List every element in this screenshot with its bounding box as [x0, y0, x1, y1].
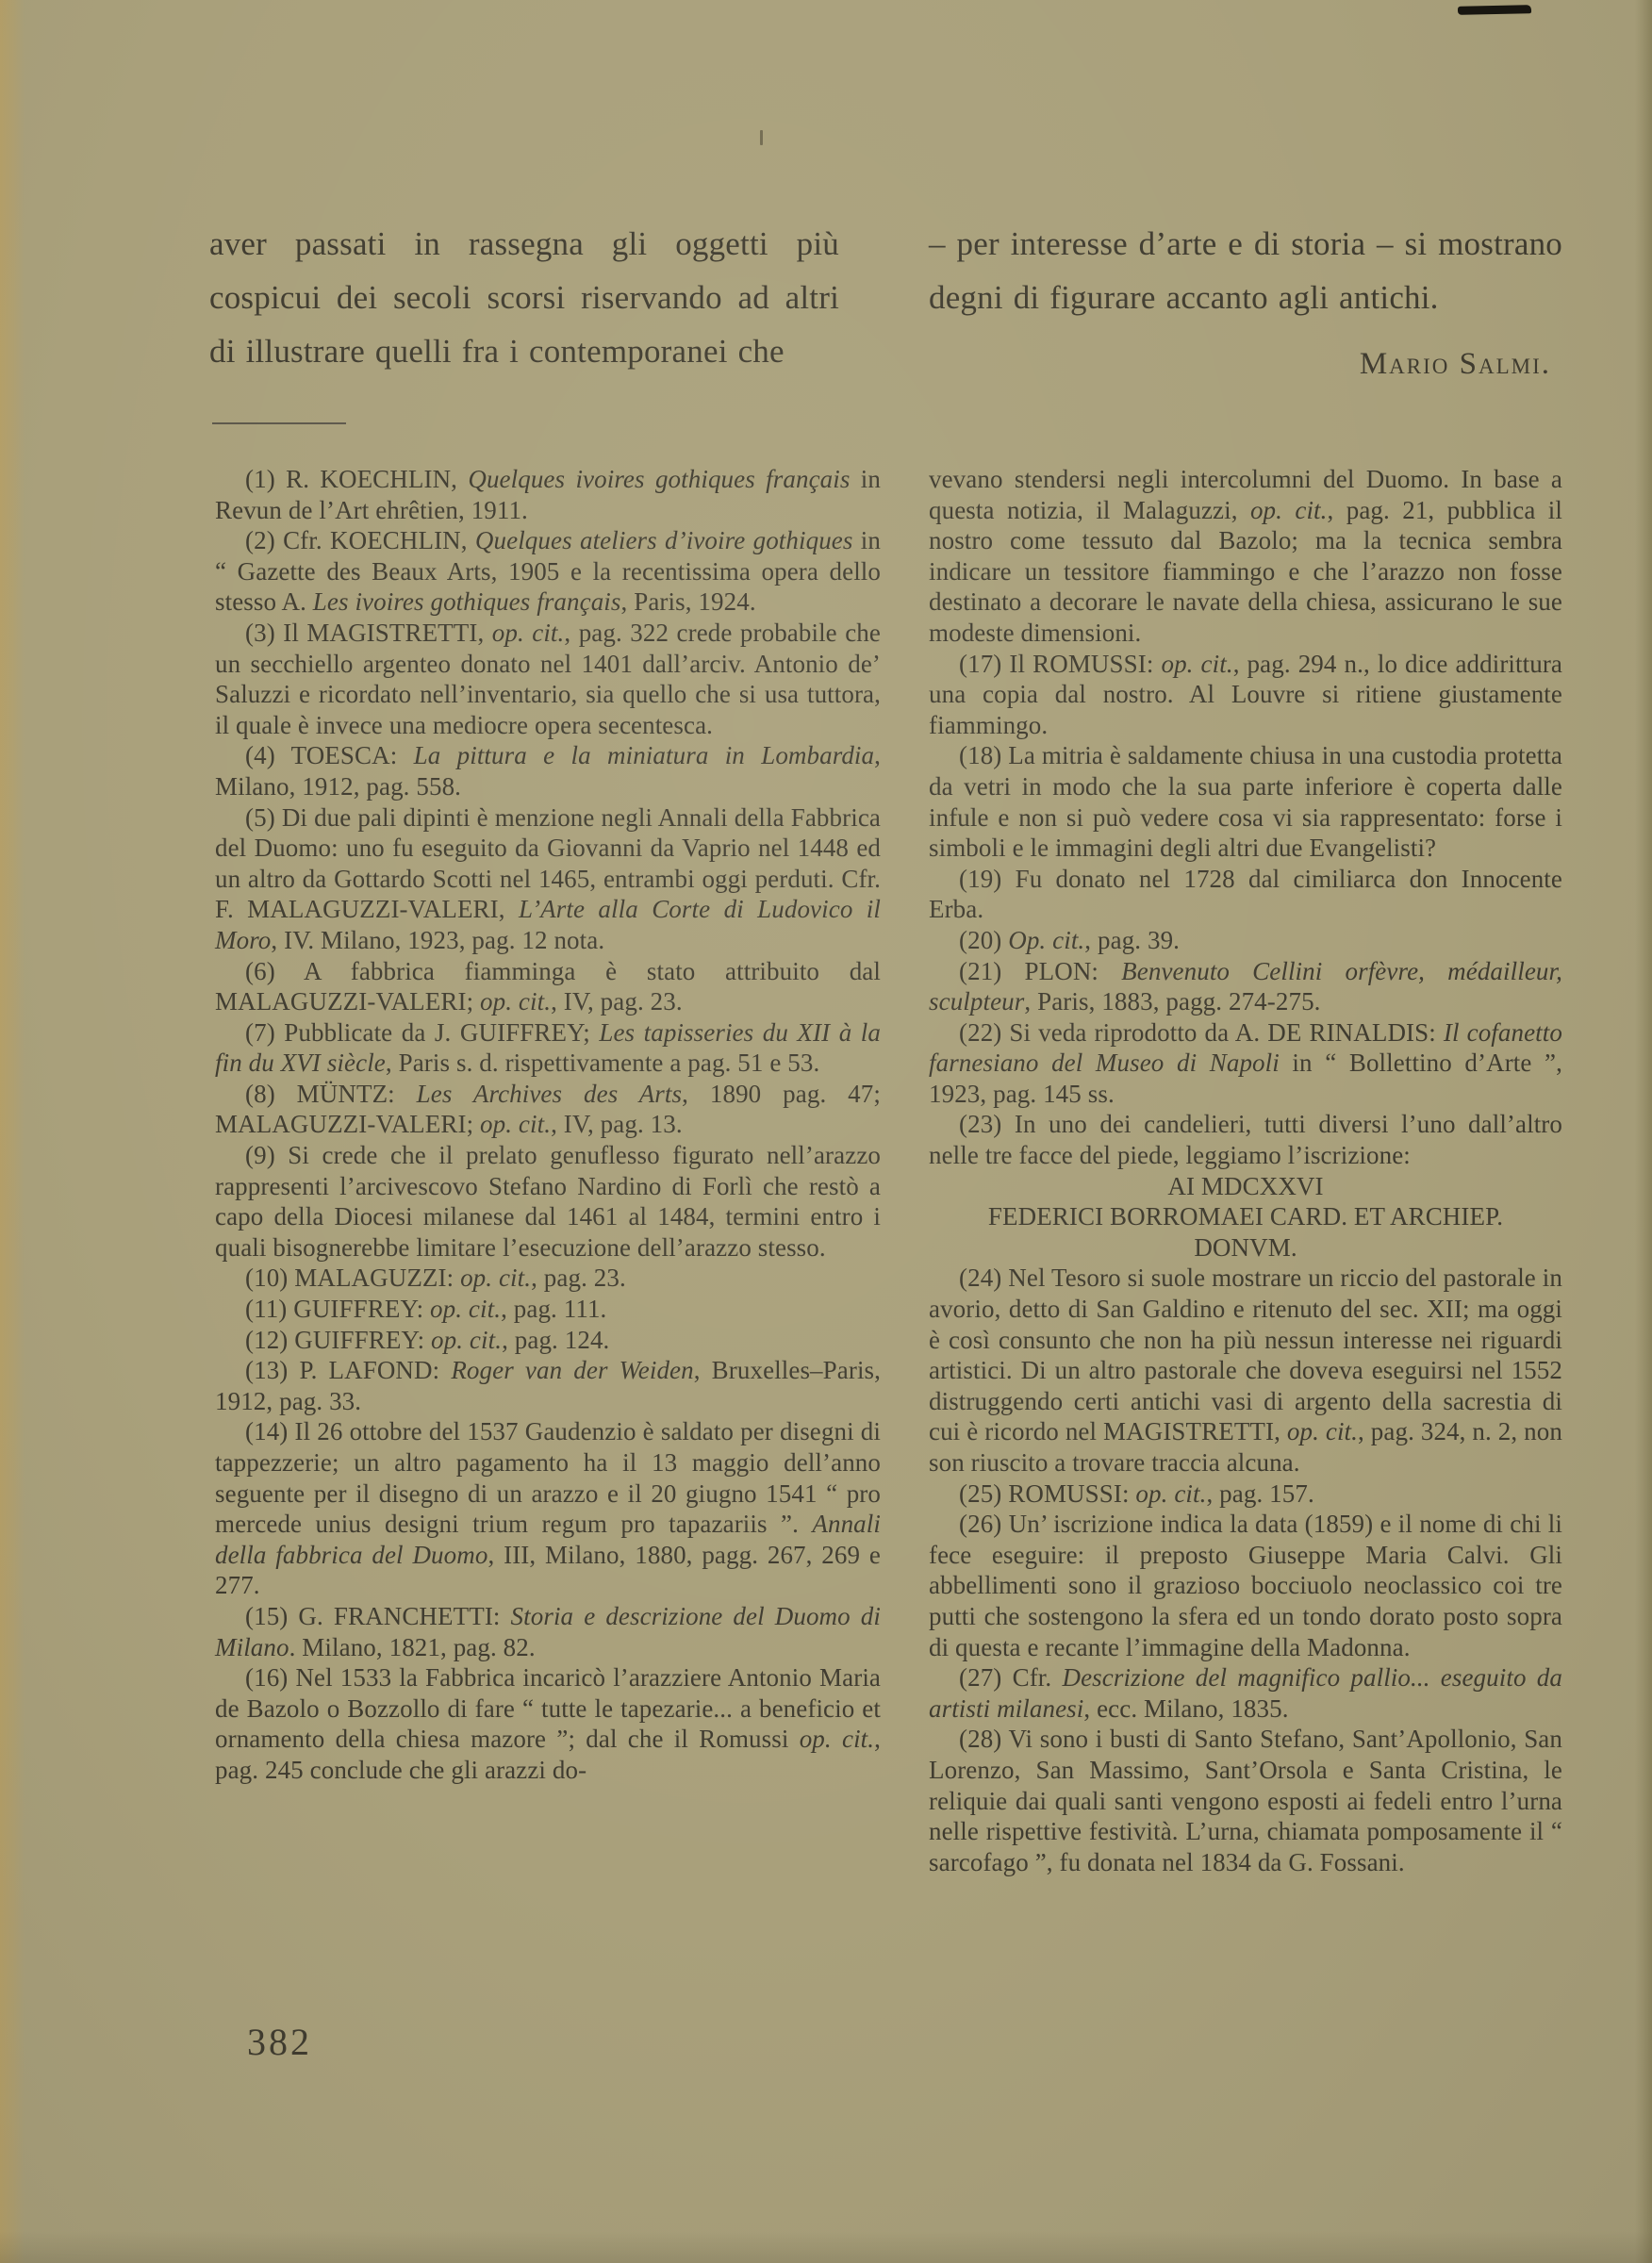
page-edge-shadow-bottom — [0, 2231, 1652, 2263]
inscription-line: AI MDCXXVI — [929, 1171, 1562, 1202]
footnotes-right-column: vevano stendersi negli intercolumni del … — [929, 464, 1562, 1877]
scan-artifact-tick — [760, 130, 763, 145]
footnote-paragraph: (5) Di due pali dipinti è menzione negli… — [215, 802, 881, 956]
intro-paragraph-right-column: – per interesse d’arte e di storia – si … — [929, 217, 1562, 324]
footnote-paragraph: (2) Cfr. KOECHLIN, Quelques ateliers d’i… — [215, 525, 881, 618]
scanned-book-page: aver passati in rassegna gli oggetti più… — [0, 0, 1652, 2263]
author-signature: Mario Salmi. — [929, 347, 1551, 382]
inscription-line: DONVM. — [929, 1232, 1562, 1264]
footnote-paragraph: (7) Pubblicate da J. GUIFFREY; Les tapis… — [215, 1017, 881, 1079]
footnote-paragraph: (25) ROMUSSI: op. cit., pag. 157. — [929, 1478, 1562, 1510]
footnote-paragraph: (16) Nel 1533 la Fabbrica incaricò l’ara… — [215, 1662, 881, 1785]
footnote-paragraph: (11) GUIFFREY: op. cit., pag. 111. — [215, 1294, 881, 1325]
footnote-paragraph: (17) Il ROMUSSI: op. cit., pag. 294 n., … — [929, 649, 1562, 741]
footnote-paragraph: (14) Il 26 ottobre del 1537 Gaudenzio è … — [215, 1416, 881, 1601]
footnote-paragraph: vevano stendersi negli intercolumni del … — [929, 464, 1562, 649]
footnote-paragraph: (4) TOESCA: La pittura e la miniatura in… — [215, 740, 881, 801]
page-edge-shadow-left — [0, 0, 25, 2263]
footnote-paragraph: (19) Fu donato nel 1728 dal cimiliarca d… — [929, 864, 1562, 925]
footnote-paragraph: (6) A fabbrica fiamminga è stato attribu… — [215, 956, 881, 1017]
footnote-paragraph: (3) Il MAGISTRETTI, op. cit., pag. 322 c… — [215, 618, 881, 740]
footnote-paragraph: (15) G. FRANCHETTI: Storia e descrizione… — [215, 1601, 881, 1662]
inscription-line: FEDERICI BORROMAEI CARD. ET ARCHIEP. — [929, 1201, 1562, 1232]
footnote-paragraph: (21) PLON: Benvenuto Cellini orfèvre, mé… — [929, 956, 1562, 1017]
footnote-paragraph: (28) Vi sono i busti di Santo Stefano, S… — [929, 1724, 1562, 1877]
footnote-paragraph: (13) P. LAFOND: Roger van der Weiden, Br… — [215, 1355, 881, 1416]
footnote-paragraph: (27) Cfr. Descrizione del magnifico pall… — [929, 1662, 1562, 1724]
footnote-paragraph: (26) Un’ iscrizione indica la data (1859… — [929, 1509, 1562, 1662]
page-edge-shadow-right — [1635, 0, 1652, 2263]
footnote-paragraph: (23) In uno dei candelieri, tutti divers… — [929, 1109, 1562, 1170]
footnote-paragraph: (18) La mitria è saldamente chiusa in un… — [929, 740, 1562, 863]
intro-paragraph-left-column: aver passati in rassegna gli oggetti più… — [209, 217, 839, 378]
scan-artifact-mark — [1458, 5, 1531, 15]
footnote-paragraph: (8) MÜNTZ: Les Archives des Arts, 1890 p… — [215, 1079, 881, 1140]
footnote-paragraph: (9) Si crede che il prelato genuflesso f… — [215, 1140, 881, 1263]
footnote-paragraph: (20) Op. cit., pag. 39. — [929, 925, 1562, 956]
footnote-paragraph: (12) GUIFFREY: op. cit., pag. 124. — [215, 1325, 881, 1356]
footnotes-left-column: (1) R. KOECHLIN, Quelques ivoires gothiq… — [215, 464, 881, 1786]
page-number: 382 — [247, 2020, 312, 2064]
footnote-paragraph: (22) Si veda riprodotto da A. DE RINALDI… — [929, 1017, 1562, 1110]
footnote-paragraph: (10) MALAGUZZI: op. cit., pag. 23. — [215, 1263, 881, 1294]
footnote-paragraph: (1) R. KOECHLIN, Quelques ivoires gothiq… — [215, 464, 881, 525]
footnote-paragraph: (24) Nel Tesoro si suole mostrare un ric… — [929, 1263, 1562, 1478]
footnote-separator-rule — [212, 422, 346, 424]
